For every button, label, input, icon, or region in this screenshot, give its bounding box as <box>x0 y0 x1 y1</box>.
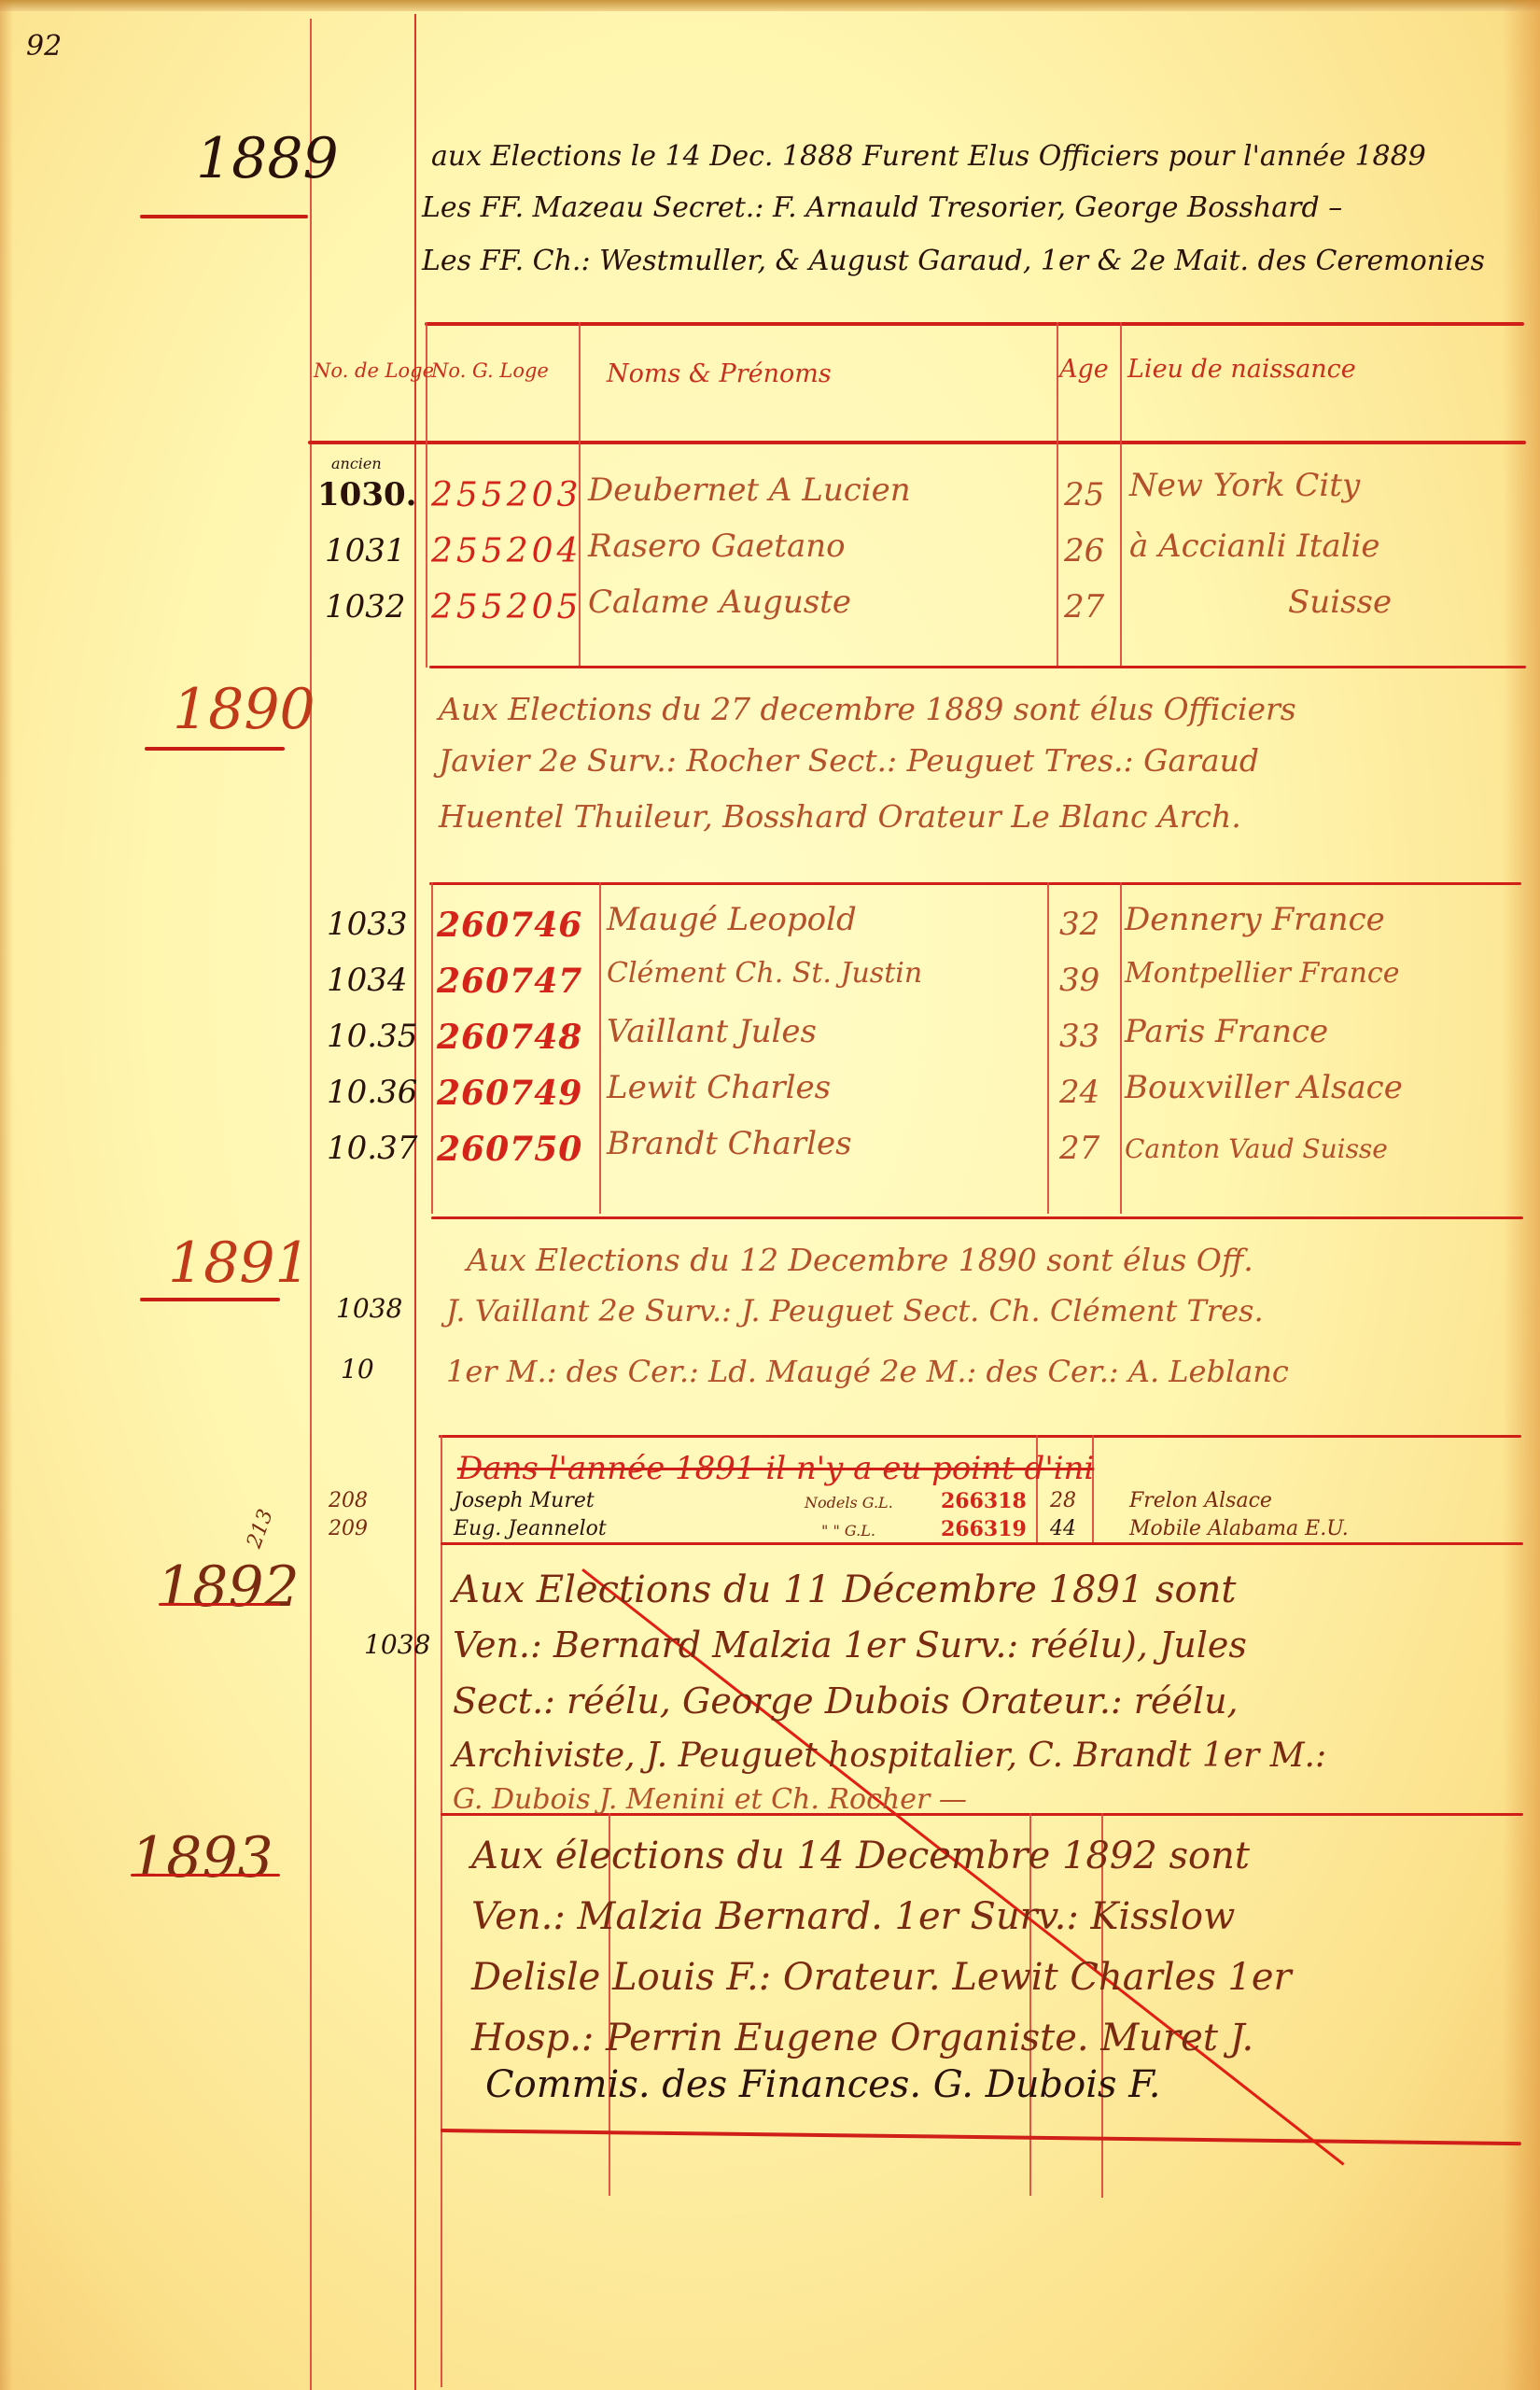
lodge-no: 1032 <box>325 588 406 626</box>
member-age: 27 <box>1064 588 1104 626</box>
election-1892-line-4: Archiviste, J. Peuguet hospitalier, C. B… <box>453 1736 1326 1775</box>
column-head-rule <box>308 441 1526 444</box>
affil-lodge-no: 208 <box>329 1489 368 1512</box>
election-1893-line-3: Delisle Louis F.: Orateur. Lewit Charles… <box>471 1956 1292 1999</box>
election-1890-line-3: Huentel Thuileur, Bosshard Orateur Le Bl… <box>439 798 1241 835</box>
lodge-no: 1031 <box>325 532 406 569</box>
year-1893: 1893 <box>131 1825 273 1891</box>
year-flourish <box>140 1298 280 1301</box>
year-1890: 1890 <box>173 677 315 742</box>
rule-1892 <box>441 1542 1523 1545</box>
year-1892: 1892 <box>157 1554 300 1620</box>
member-birthplace: à Accianli Italie <box>1129 527 1380 565</box>
member-age: 27 <box>1059 1130 1099 1167</box>
lodge-no: 1033 <box>327 906 408 943</box>
affil-age: 28 <box>1050 1489 1076 1512</box>
member-name: Vaillant Jules <box>607 1013 817 1050</box>
member-birthplace: Montpellier France <box>1125 957 1399 990</box>
election-1890-line-2: Javier 2e Surv.: Rocher Sect.: Peuguet T… <box>439 742 1259 779</box>
page-left-shadow <box>0 0 13 2390</box>
year-1889: 1889 <box>196 126 339 191</box>
election-1889-line-1: aux Elections le 14 Dec. 1888 Furent Elu… <box>431 140 1426 173</box>
margin-rule <box>310 19 312 2390</box>
election-1889-line-3: Les FF. Ch.: Westmuller, & August Garaud… <box>422 245 1485 277</box>
member-name: Maugé Leopold <box>607 901 857 938</box>
election-1893-line-4: Hosp.: Perrin Eugene Organiste. Muret J. <box>471 2017 1253 2060</box>
member-birthplace: Canton Vaud Suisse <box>1125 1125 1498 1174</box>
grand-lodge-no: 260746 <box>437 906 582 945</box>
election-1893-line-1: Aux élections du 14 Decembre 1892 sont <box>471 1835 1250 1877</box>
col-header-grand-lodge-no: No. G. Loge <box>431 359 549 382</box>
election-1891-line-1: Aux Elections du 12 Decembre 1890 sont é… <box>467 1242 1253 1278</box>
affil-birthplace: Frelon Alsace <box>1129 1489 1272 1512</box>
year-1891: 1891 <box>168 1230 311 1296</box>
election-1892-line-2: Ven.: Bernard Malzia 1er Surv.: réélu), … <box>453 1624 1247 1666</box>
affil-note: Nodels G.L. <box>805 1494 893 1511</box>
header-rule <box>425 322 1524 326</box>
affil-note: " " G.L. <box>821 1522 875 1539</box>
affil-name: Eug. Jeannelot <box>454 1517 607 1540</box>
rule-bottom <box>441 2129 1521 2145</box>
election-1890-line-1: Aux Elections du 27 decembre 1889 sont é… <box>439 691 1296 727</box>
election-1892-line-5: G. Dubois J. Menini et Ch. Rocher — <box>453 1783 967 1816</box>
election-1893-line-2: Ven.: Malzia Bernard. 1er Surv.: Kisslow <box>471 1895 1235 1938</box>
lodge-no: 1030. <box>317 476 416 513</box>
member-birthplace: Paris France <box>1125 1013 1328 1050</box>
col-sep-3 <box>1057 322 1058 668</box>
rule-1890-table <box>429 882 1521 885</box>
member-age: 25 <box>1064 476 1104 513</box>
t2-sep-1 <box>431 882 433 1214</box>
member-age: 24 <box>1059 1074 1099 1111</box>
lodge-no: 10.35 <box>327 1018 417 1055</box>
member-age: 26 <box>1064 532 1104 569</box>
lodge-no: 1034 <box>327 962 408 999</box>
year-flourish <box>145 747 285 751</box>
col-header-names: Noms & Prénoms <box>607 359 832 388</box>
member-age: 33 <box>1059 1018 1099 1055</box>
grand-lodge-no: 260749 <box>437 1074 582 1113</box>
page-number: 92 <box>26 30 62 63</box>
member-name: Deubernet A Lucien <box>588 471 911 509</box>
member-name: Lewit Charles <box>607 1069 831 1106</box>
page-top-edge <box>0 0 1540 11</box>
affil-lodge-no: 209 <box>329 1517 368 1540</box>
grand-lodge-no: 260748 <box>437 1018 582 1057</box>
col-header-age: Age <box>1059 355 1109 384</box>
election-1889-line-2: Les FF. Mazeau Secret.: F. Arnauld Treso… <box>422 191 1342 224</box>
member-birthplace: Bouxviller Alsace <box>1125 1069 1403 1106</box>
lodge-no: 10.36 <box>327 1074 417 1111</box>
t2-sep-4 <box>1120 882 1122 1214</box>
page-right-shadow <box>1503 0 1540 2390</box>
col-header-birthplace: Lieu de naissance <box>1127 355 1356 384</box>
t2-sep-3 <box>1047 882 1049 1214</box>
year-underline <box>159 1603 280 1606</box>
col-sep-4 <box>1120 322 1122 668</box>
affil-age: 44 <box>1050 1517 1076 1540</box>
side-number: 10 <box>341 1354 374 1385</box>
affil-name: Joseph Muret <box>454 1489 595 1512</box>
member-birthplace: New York City <box>1129 467 1360 504</box>
member-age: 32 <box>1059 906 1099 943</box>
grand-lodge-no: 255203 <box>431 476 581 514</box>
member-name: Rasero Gaetano <box>588 527 846 565</box>
member-birthplace: Suisse <box>1288 583 1392 621</box>
grand-lodge-no: 260747 <box>437 962 582 1001</box>
rule-1890 <box>429 666 1526 668</box>
affil-grand-lodge-no: 266319 <box>941 1517 1027 1541</box>
year-flourish <box>140 215 308 218</box>
election-1893-line-5: Commis. des Finances. G. Dubois F. <box>485 2063 1161 2106</box>
member-age: 39 <box>1059 962 1099 999</box>
grand-lodge-no: 255204 <box>431 532 581 570</box>
col-header-lodge-no: No. de Loge <box>314 359 434 382</box>
election-1892-line-3: Sect.: réélu, George Dubois Orateur.: ré… <box>453 1680 1239 1722</box>
election-1891-line-2: J. Vaillant 2e Surv.: J. Peuguet Sect. C… <box>446 1293 1264 1329</box>
lodge-no: 10.37 <box>327 1130 417 1167</box>
grand-lodge-no: 260750 <box>437 1130 582 1169</box>
year-underline <box>131 1874 280 1877</box>
rule-1891 <box>431 1216 1523 1219</box>
side-number: 1038 <box>336 1293 402 1324</box>
note-ancien: ancien <box>331 455 382 472</box>
rule-1891-table <box>439 1435 1521 1438</box>
member-name: Brandt Charles <box>607 1125 852 1162</box>
election-1892-line-1: Aux Elections du 11 Décembre 1891 sont <box>453 1568 1236 1611</box>
t3-sep-1 <box>441 1435 442 2387</box>
side-number: 1038 <box>364 1629 430 1660</box>
margin-note: 213 <box>243 1506 278 1551</box>
member-name: Clément Ch. St. Justin <box>607 957 922 990</box>
affil-birthplace: Mobile Alabama E.U. <box>1129 1517 1349 1540</box>
member-birthplace: Dennery France <box>1125 901 1385 938</box>
grand-lodge-no: 255205 <box>431 588 581 626</box>
election-1891-line-3: 1er M.: des Cer.: Ld. Maugé 2e M.: des C… <box>446 1354 1289 1389</box>
member-name: Calame Auguste <box>588 583 851 621</box>
affil-grand-lodge-no: 266318 <box>941 1489 1027 1513</box>
struck-note: Dans l'année 1891 il n'y a eu point d'in… <box>457 1450 1094 1487</box>
t2-sep-2 <box>599 882 601 1214</box>
